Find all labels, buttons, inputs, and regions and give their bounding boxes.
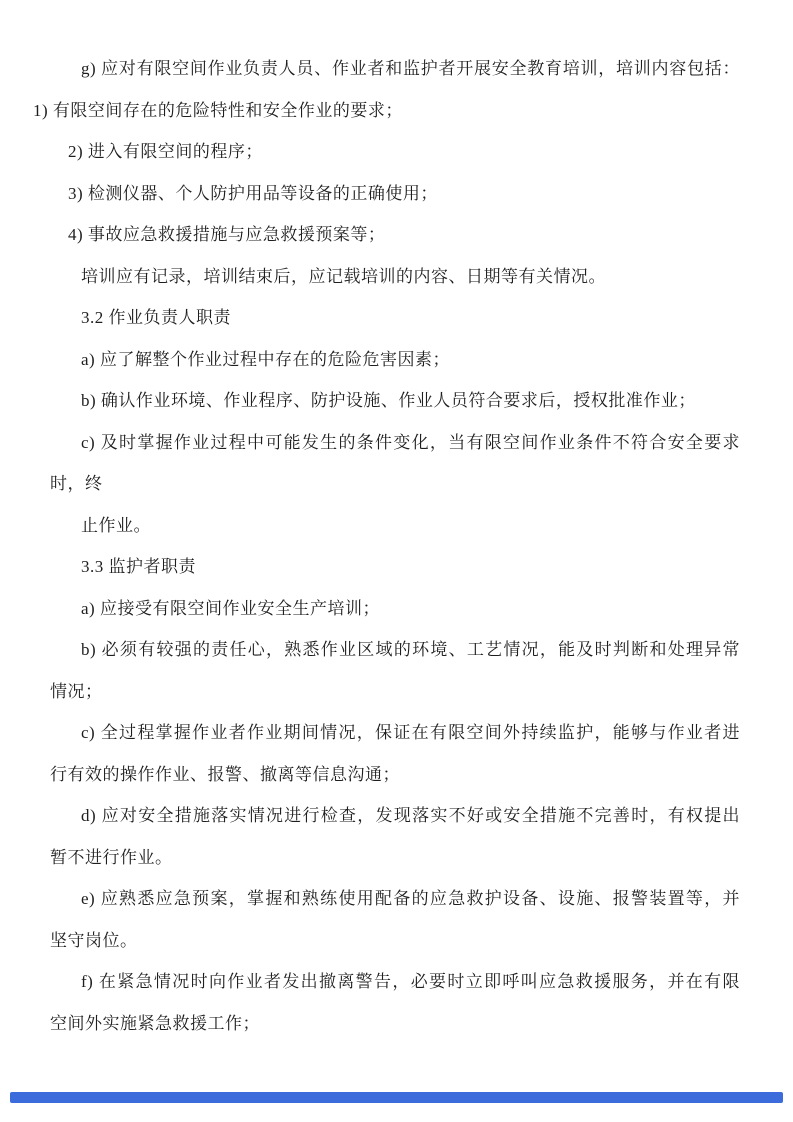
horizontal-scrollbar[interactable] xyxy=(10,1092,783,1103)
text-line: a) 应了解整个作业过程中存在的危险危害因素； xyxy=(33,339,740,381)
text-line: 坚守岗位。 xyxy=(33,920,740,962)
text-line: 3) 检测仪器、个人防护用品等设备的正确使用； xyxy=(33,173,740,215)
text-line: 2) 进入有限空间的程序； xyxy=(33,131,740,173)
text-line: f) 在紧急情况时向作业者发出撤离警告，必要时立即呼叫应急救援服务，并在有限 xyxy=(33,961,740,1003)
text-line: 行有效的操作作业、报警、撤离等信息沟通； xyxy=(33,754,740,796)
text-line: b) 必须有较强的责任心，熟悉作业区域的环境、工艺情况，能及时判断和处理异常 xyxy=(33,629,740,671)
text-line: 止作业。 xyxy=(33,505,740,547)
text-line: 空间外实施紧急救援工作； xyxy=(33,1003,740,1045)
text-line: 情况； xyxy=(33,671,740,713)
text-line: b) 确认作业环境、作业程序、防护设施、作业人员符合要求后，授权批准作业； xyxy=(33,380,740,422)
section-heading: 3.3 监护者职责 xyxy=(33,546,740,588)
text-line: 培训应有记录，培训结束后，应记载培训的内容、日期等有关情况。 xyxy=(33,256,740,298)
text-line: d) 应对安全措施落实情况进行检查，发现落实不好或安全措施不完善时，有权提出 xyxy=(33,795,740,837)
text-line: c) 全过程掌握作业者作业期间情况，保证在有限空间外持续监护，能够与作业者进 xyxy=(33,712,740,754)
text-line: c) 及时掌握作业过程中可能发生的条件变化，当有限空间作业条件不符合安全要求 xyxy=(33,422,740,464)
text-line: 暂不进行作业。 xyxy=(33,837,740,879)
text-line: 1) 有限空间存在的危险特性和安全作业的要求； xyxy=(33,90,740,132)
text-line: a) 应接受有限空间作业安全生产培训； xyxy=(33,588,740,630)
section-heading: 3.2 作业负责人职责 xyxy=(33,297,740,339)
text-line: g) 应对有限空间作业负责人员、作业者和监护者开展安全教育培训，培训内容包括： xyxy=(33,48,740,90)
text-line: 4) 事故应急救援措施与应急救援预案等； xyxy=(33,214,740,256)
document-body: g) 应对有限空间作业负责人员、作业者和监护者开展安全教育培训，培训内容包括：1… xyxy=(33,48,740,1044)
text-line: 时，终 xyxy=(33,463,740,505)
text-line: e) 应熟悉应急预案，掌握和熟练使用配备的应急救护设备、设施、报警装置等，并 xyxy=(33,878,740,920)
